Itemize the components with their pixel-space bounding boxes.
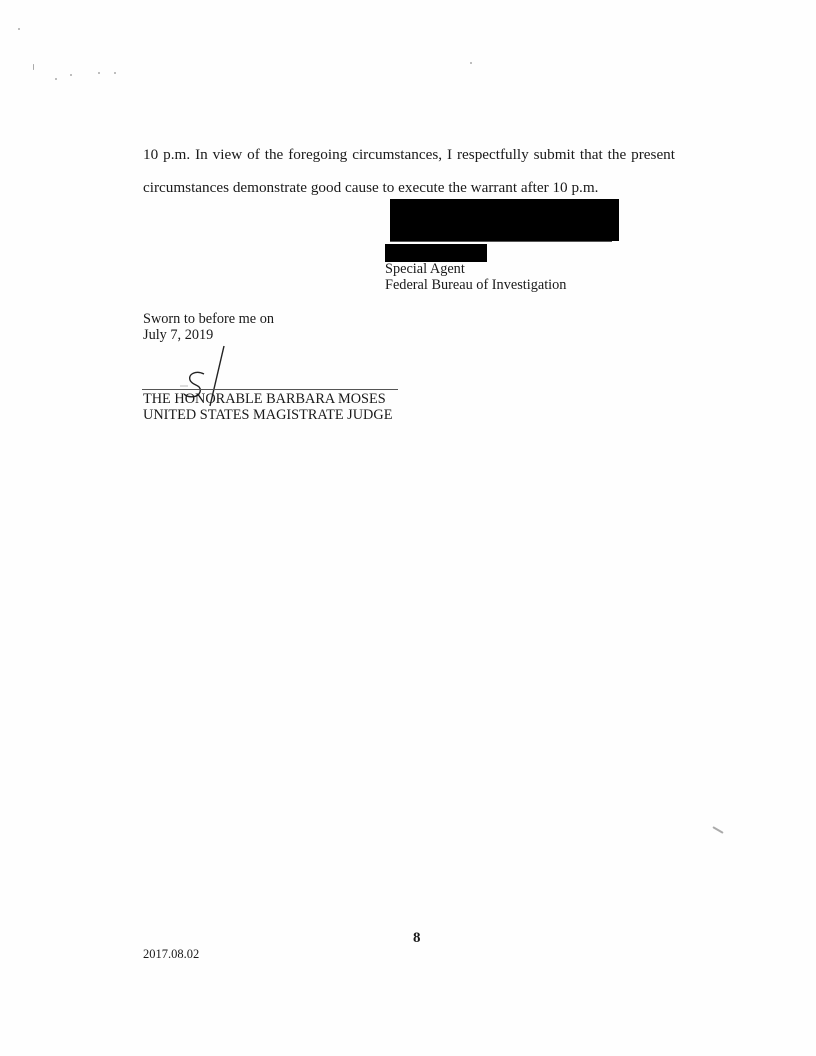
scan-speck	[114, 72, 116, 74]
paragraph-line-2: circumstances demonstrate good cause to …	[143, 179, 598, 197]
judge-title: UNITED STATES MAGISTRATE JUDGE	[143, 407, 392, 424]
paragraph-line-1: 10 p.m. In view of the foregoing circums…	[143, 146, 675, 164]
scan-speck	[712, 826, 723, 834]
affiant-agency: Federal Bureau of Investigation	[385, 277, 566, 294]
redaction-box-signature	[390, 199, 619, 241]
scan-speck	[18, 28, 20, 30]
scan-speck	[70, 74, 72, 76]
affiant-signature-line	[390, 241, 612, 242]
scan-speck	[98, 72, 100, 74]
scan-speck	[470, 62, 472, 64]
form-version: 2017.08.02	[143, 947, 199, 962]
judge-name: THE HONORABLE BARBARA MOSES	[143, 391, 386, 408]
scan-speck	[55, 78, 57, 80]
judge-signature-line	[142, 389, 398, 390]
page-number: 8	[413, 930, 421, 947]
document-page: 10 p.m. In view of the foregoing circums…	[0, 0, 816, 1056]
sworn-text: Sworn to before me on	[143, 311, 274, 328]
redaction-box-name	[385, 244, 487, 262]
affiant-title: Special Agent	[385, 261, 465, 278]
scan-speck	[33, 64, 34, 70]
